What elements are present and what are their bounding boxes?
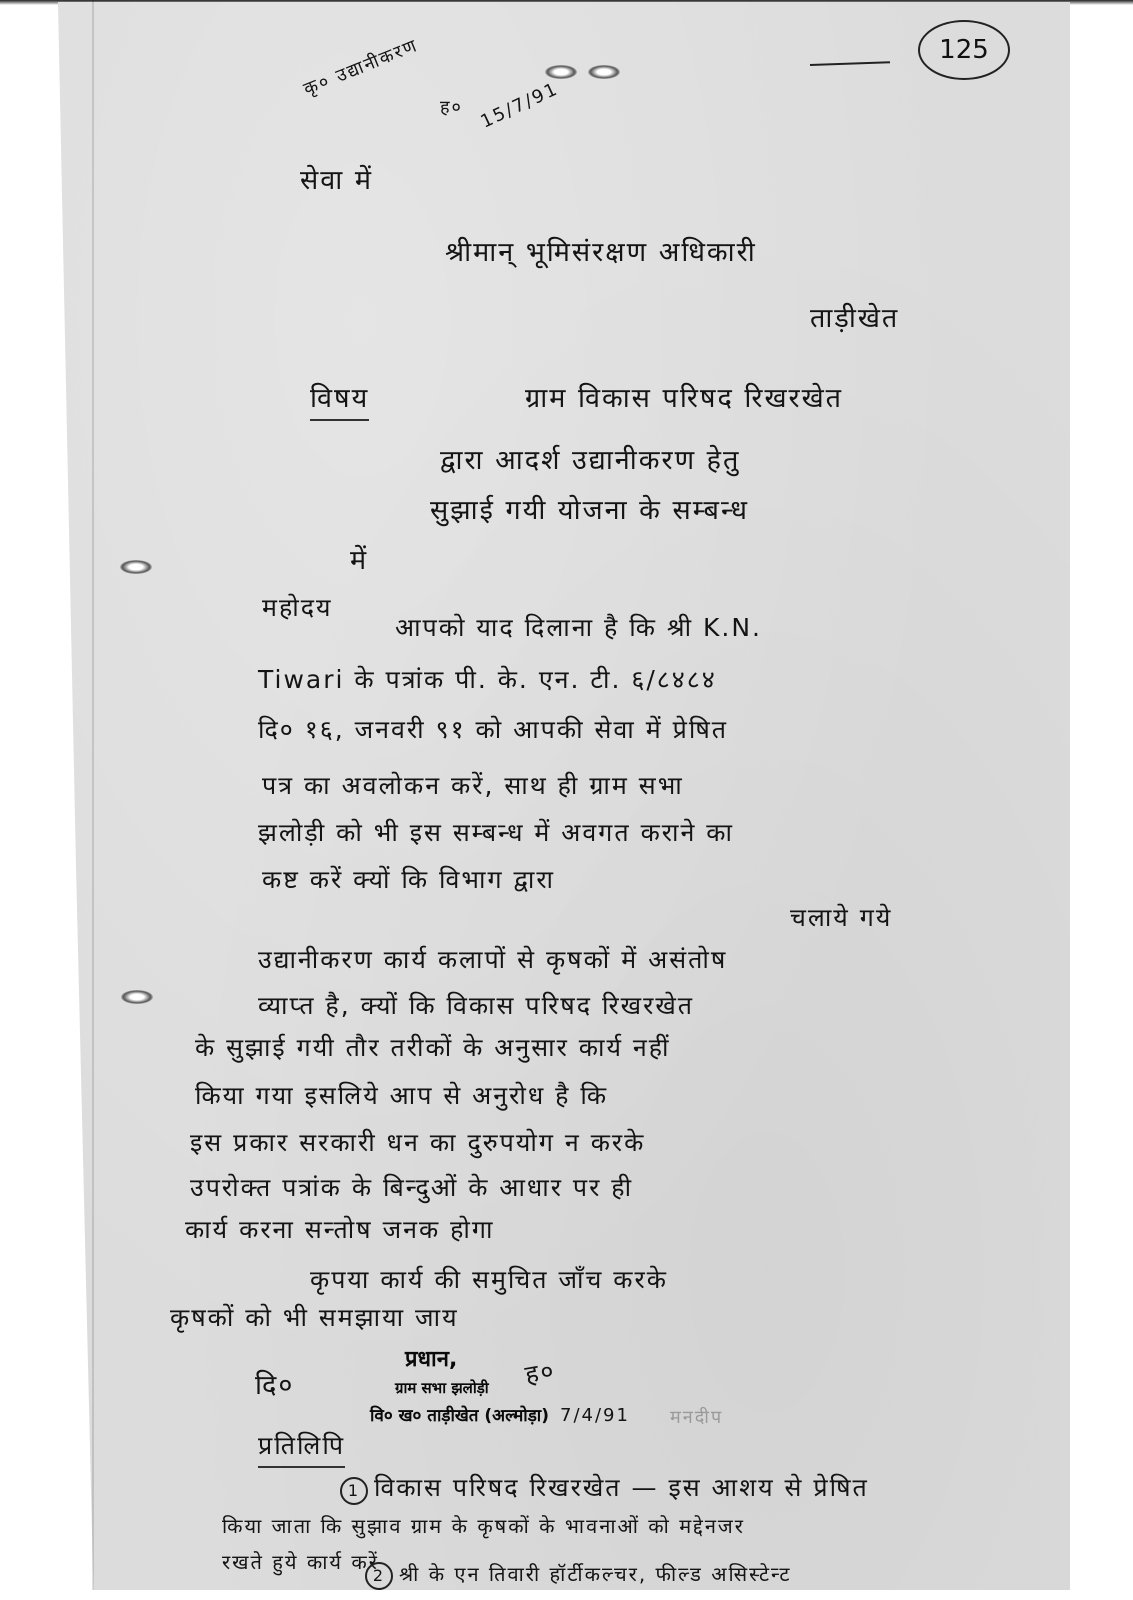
item-number-badge: 2 [365,1562,393,1590]
salutation-to: सेवा में [300,160,373,197]
body-line: कार्य करना सन्तोष जनक होगा [185,1212,494,1246]
body-line: के सुझाई गयी तौर तरीकों के अनुसार कार्य … [195,1030,671,1064]
body-line: उपरोक्त पत्रांक के बिन्दुओं के आधार पर ह… [190,1170,633,1204]
subject-line2: द्वारा आदर्श उद्यानीकरण हेतु [440,440,740,477]
punch-hole-icon [588,65,620,79]
subject-line4: में [350,540,368,577]
stamp-line: वि० ख० ताड़ीखेत (अल्मोड़ा) [370,1403,549,1426]
body-line: व्याप्त है, क्यों कि विकास परिषद रिखरखेत [258,988,694,1022]
copy-to-label: प्रतिलिपि [258,1428,345,1468]
body-line: कष्ट करें क्यों कि विभाग द्वारा [262,862,555,896]
body-line: इस प्रकार सरकारी धन का दुरुपयोग न करके [190,1125,645,1159]
body-line: आपको याद दिलाना है कि श्री K.N. [395,610,762,644]
subject-label: विषय [310,378,369,421]
body-line: झलोड़ी को भी इस सम्बन्ध में अवगत कराने क… [258,815,734,849]
item-number-badge: 1 [340,1477,368,1505]
subject-line3: सुझाई गयी योजना के सम्बन्ध [430,490,749,527]
body-line: पत्र का अवलोकन करें, साथ ही ग्राम सभा [262,768,684,802]
punch-hole-icon [545,65,577,79]
signature: ह० [522,1353,558,1392]
signature-date-prefix: दि० [255,1365,294,1402]
addressee-line2: ताड़ीखेत [810,298,899,335]
body-line: Tiwari के पत्रांक पी. के. एन. टी. ६/८४८४ [258,662,717,696]
subject-line1: ग्राम विकास परिषद रिखरखेत [525,378,843,415]
body-line: कृपया कार्य की समुचित जाँच करके [310,1262,668,1296]
signature-date: 7/4/91 [560,1405,630,1426]
stamp-line: ग्राम सभा झलोड़ी [395,1378,489,1398]
body-line: किया गया इसलिये आप से अनुरोध है कि [195,1078,608,1112]
body-line: चलाये गये [790,900,892,934]
faint-note: मनदीप [670,1405,723,1429]
copy-to-text: श्री के एन तिवारी हॉर्टीकल्चर, फील्ड असि… [399,1562,791,1586]
copy-to-item-1: 1विकास परिषद रिखरखेत — इस आशय से प्रेषित [340,1470,869,1505]
paper-fold-line [92,0,94,1590]
greeting: महोदय [262,590,332,624]
copy-to-line: किया जाता कि सुझाव ग्राम के कृषकों के भा… [222,1512,745,1539]
copy-to-line: रखते हुये कार्य करें [222,1548,379,1575]
body-line: दि० १६, जनवरी ९१ को आपकी सेवा में प्रेषि… [258,712,728,746]
addressee-line1: श्रीमान् भूमिसंरक्षण अधिकारी [445,232,757,269]
punch-hole-icon [121,990,153,1004]
copy-to-text: विकास परिषद रिखरखेत — इस आशय से प्रेषित [374,1473,869,1502]
stamp-title: प्रधान, [405,1343,457,1373]
punch-hole-icon [120,560,152,574]
body-line: कृषकों को भी समझाया जाय [170,1300,459,1334]
copy-to-item-2: 2श्री के एन तिवारी हॉर्टीकल्चर, फील्ड अस… [365,1560,791,1590]
margin-initials: ह० [440,95,463,119]
body-line: उद्यानीकरण कार्य कलापों से कृषकों में अस… [258,942,727,976]
page-number-badge: 125 [918,20,1010,80]
